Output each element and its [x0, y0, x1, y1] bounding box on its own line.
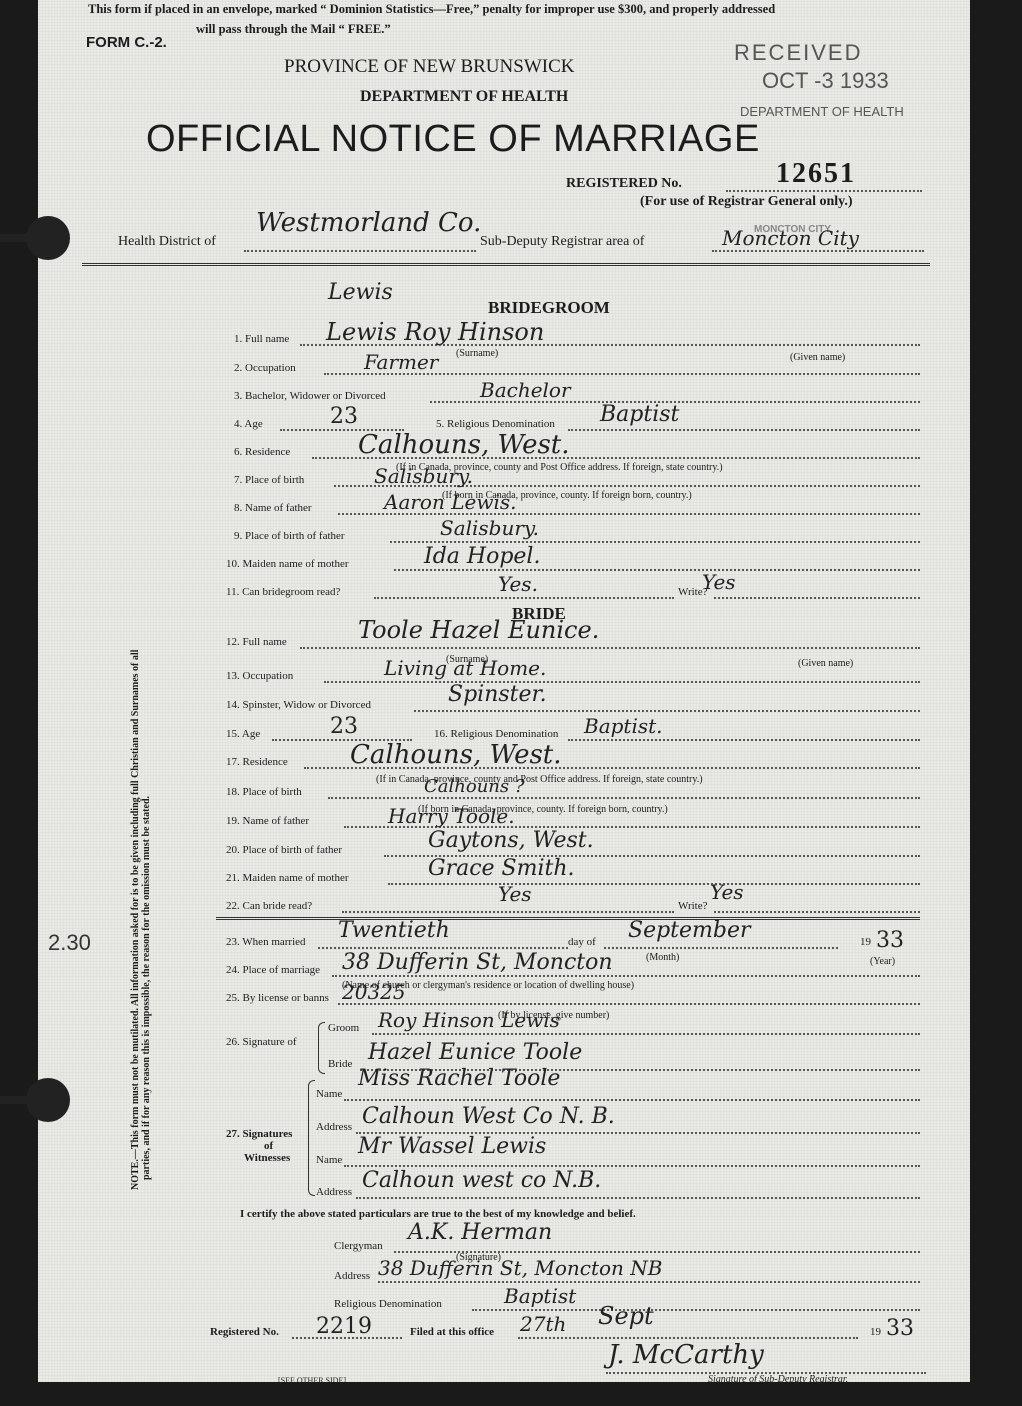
- field-line: [372, 1033, 920, 1035]
- clergyman-denomination: Baptist: [504, 1284, 576, 1308]
- bride-can-write: Yes: [710, 880, 744, 904]
- field-label: 16. Religious Denomination: [434, 728, 558, 740]
- field-line: [414, 710, 920, 712]
- witness-2-address: Calhoun west co N.B.: [362, 1168, 601, 1193]
- registered-label: REGISTERED No.: [566, 176, 682, 192]
- field-label: 2. Occupation: [234, 362, 296, 374]
- section-divider: [82, 263, 930, 266]
- license-number: 20325: [342, 980, 406, 1004]
- field-line: [390, 541, 920, 543]
- filed-day: 27th: [520, 1312, 566, 1336]
- groom-father-birthplace: Salisbury.: [440, 516, 539, 540]
- field-label: 24. Place of marriage: [226, 964, 320, 976]
- bride-residence: Calhouns, West.: [350, 740, 562, 770]
- bride-mother-maiden-name: Grace Smith.: [428, 856, 575, 881]
- clergyman-address-label: Address: [334, 1270, 370, 1282]
- field-label: 19. Name of father: [226, 815, 309, 827]
- registered-line: [726, 190, 922, 192]
- groom-birthplace: Salisbury.: [374, 464, 473, 488]
- field-label: 13. Occupation: [226, 670, 293, 682]
- field-line: [356, 1197, 920, 1199]
- witness-name-label: Name: [316, 1154, 342, 1166]
- witness-address-label: Address: [316, 1186, 352, 1198]
- sub-deputy-label: Signature of Sub-Deputy Registrar.: [708, 1374, 848, 1385]
- field-line: [328, 797, 920, 799]
- groom-full-name: Lewis Roy Hinson: [326, 318, 544, 346]
- section-divider: [216, 917, 920, 920]
- field-label: 1. Full name: [234, 333, 289, 345]
- health-district-line: [244, 250, 476, 252]
- groom-occupation: Farmer: [364, 350, 438, 374]
- bride-can-read: Yes: [498, 882, 532, 906]
- field-label: 4. Age: [234, 418, 263, 430]
- groom-father-name: Aaron Lewis.: [384, 490, 516, 514]
- witnesses-label-2: of: [264, 1140, 273, 1152]
- field-line: [604, 947, 838, 949]
- postal-note: This form if placed in an envelope, mark…: [88, 2, 775, 17]
- see-other-side: [SEE OTHER SIDE]: [278, 1376, 346, 1385]
- field-label: 20. Place of birth of father: [226, 844, 342, 856]
- groom-marital-status: Bachelor: [480, 378, 571, 402]
- witness-address-label: Address: [316, 1121, 352, 1133]
- field-line: [374, 597, 674, 599]
- bride-father-birthplace: Gaytons, West.: [428, 828, 594, 853]
- marriage-year: 33: [876, 928, 904, 953]
- year-prefix: 19: [860, 936, 871, 948]
- field-line: [568, 429, 920, 431]
- sub-deputy-label: Sub-Deputy Registrar area of: [480, 234, 644, 250]
- year-hint: (Year): [870, 956, 895, 967]
- month-hint: (Month): [646, 952, 679, 963]
- filed-label: Filed at this office: [410, 1326, 494, 1338]
- field-label: 22. Can bride read?: [226, 900, 312, 912]
- filed-month: Sept: [598, 1302, 654, 1330]
- field-label: 6. Residence: [234, 446, 290, 458]
- bride-marital-status: Spinster.: [448, 682, 547, 707]
- witness-1-address: Calhoun West Co N. B.: [362, 1104, 615, 1129]
- sub-deputy-line: [712, 250, 924, 252]
- page-title: OFFICIAL NOTICE OF MARRIAGE: [146, 118, 760, 161]
- field-line: [714, 911, 920, 913]
- margin-note: NOTE.—This form must not be mutilated. A…: [130, 470, 152, 1190]
- bride-age: 23: [330, 714, 358, 739]
- field-label: 5. Religious Denomination: [436, 418, 555, 430]
- field-label: Write?: [678, 900, 707, 912]
- bride-birthplace: Calhouns ?: [424, 776, 525, 797]
- field-line: [472, 1309, 920, 1311]
- marriage-notice-document: This form if placed in an envelope, mark…: [38, 0, 970, 1382]
- registered-no-label: Registered No.: [210, 1326, 279, 1338]
- binder-hole-top: [26, 216, 70, 260]
- field-line: [324, 681, 920, 683]
- groom-can-write: Yes: [702, 570, 736, 594]
- witness-name-label: Name: [316, 1088, 342, 1100]
- registered-number: 12651: [776, 158, 856, 190]
- groom-religion: Baptist: [600, 402, 679, 427]
- field-line: [318, 947, 568, 949]
- province-heading: PROVINCE OF NEW BRUNSWICK: [284, 56, 574, 78]
- year-prefix: 19: [870, 1326, 881, 1338]
- field-label: 17. Residence: [226, 756, 288, 768]
- form-code: FORM C.-2.: [86, 34, 167, 51]
- surname-annotation: Lewis: [328, 280, 393, 305]
- bracket: [308, 1080, 315, 1196]
- field-line: [388, 883, 920, 885]
- health-district-label: Health District of: [118, 234, 216, 250]
- field-label: 21. Maiden name of mother: [226, 872, 349, 884]
- day-of-label: day of: [568, 936, 596, 948]
- postal-note-2: will pass through the Mail “ FREE.”: [196, 22, 391, 37]
- marriage-day: Twentieth: [338, 918, 450, 943]
- field-label: 25. By license or banns: [226, 992, 329, 1004]
- witnesses-label: 27. Signatures: [226, 1128, 292, 1140]
- field-label: 23. When married: [226, 936, 306, 948]
- witness-2-name: Mr Wassel Lewis: [358, 1134, 546, 1159]
- field-line: [338, 1003, 920, 1005]
- field-line: [714, 597, 920, 599]
- department-heading: DEPARTMENT OF HEALTH: [360, 88, 568, 106]
- field-label: 18. Place of birth: [226, 786, 302, 798]
- groom-can-read: Yes.: [498, 572, 538, 596]
- marriage-place: 38 Dufferin St, Moncton: [342, 950, 613, 975]
- bride-full-name: Toole Hazel Eunice.: [358, 616, 599, 644]
- field-label: 14. Spinster, Widow or Divorced: [226, 699, 371, 711]
- registrar-note: (For use of Registrar General only.): [640, 194, 853, 210]
- binder-hole-bottom: [26, 1078, 70, 1122]
- field-label: 9. Place of birth of father: [234, 530, 345, 542]
- field-line: [378, 1281, 920, 1283]
- clergyman-address: 38 Dufferin St, Moncton NB: [378, 1256, 663, 1280]
- groom-signature-label: Groom: [328, 1022, 359, 1034]
- pencil-note: 2.30: [48, 930, 91, 956]
- groom-mother-maiden-name: Ida Hopel.: [424, 544, 540, 569]
- sub-deputy-signature: J. McCarthy: [608, 1340, 764, 1370]
- witnesses-label-3: Witnesses: [244, 1152, 290, 1164]
- field-label: 15. Age: [226, 728, 260, 740]
- field-line: [394, 569, 920, 571]
- field-line: [342, 911, 674, 913]
- denomination-label: Religious Denomination: [334, 1298, 442, 1310]
- groom-signature: Roy Hinson Lewis: [378, 1008, 560, 1032]
- certification-statement: I certify the above stated particulars a…: [240, 1208, 636, 1220]
- field-label: 26. Signature of: [226, 1036, 297, 1048]
- witness-1-name: Miss Rachel Toole: [358, 1066, 560, 1091]
- stamp-department: DEPARTMENT OF HEALTH: [740, 104, 904, 119]
- field-line: [518, 1337, 858, 1339]
- bride-father-name: Harry Toole.: [388, 804, 515, 828]
- groom-age: 23: [330, 404, 358, 429]
- received-date: OCT -3 1933: [762, 68, 889, 94]
- bracket: [318, 1022, 325, 1074]
- received-stamp: RECEIVED: [734, 40, 862, 66]
- clergyman-signature: A.K. Herman: [408, 1220, 552, 1245]
- field-label: 3. Bachelor, Widower or Divorced: [234, 390, 386, 402]
- marriage-month: September: [628, 918, 751, 943]
- bride-signature: Hazel Eunice Toole: [368, 1040, 582, 1065]
- given-name-hint: (Given name): [798, 658, 853, 669]
- field-label: 10. Maiden name of mother: [226, 558, 349, 570]
- given-name-hint: (Given name): [790, 352, 845, 363]
- field-line: [568, 739, 920, 741]
- field-line: [344, 1099, 920, 1101]
- field-line: [300, 647, 920, 649]
- bride-signature-label: Bride: [328, 1058, 352, 1070]
- field-label: 7. Place of birth: [234, 474, 304, 486]
- field-line: [332, 975, 920, 977]
- filed-year: 33: [886, 1316, 914, 1341]
- health-district-value: Westmorland Co.: [256, 208, 481, 238]
- clergyman-label: Clergyman: [334, 1240, 383, 1252]
- sub-deputy-value: Moncton City: [722, 226, 859, 250]
- local-registered-number: 2219: [316, 1314, 372, 1339]
- bridegroom-heading: BRIDEGROOM: [488, 298, 610, 318]
- surname-hint: (Surname): [456, 348, 498, 359]
- field-label: 8. Name of father: [234, 502, 312, 514]
- bride-occupation: Living at Home.: [384, 656, 546, 680]
- field-label: 12. Full name: [226, 636, 287, 648]
- groom-residence: Calhouns, West.: [358, 430, 570, 460]
- margin-note-line2: parties, and if for any reason this is i…: [141, 470, 152, 1190]
- bride-religion: Baptist.: [584, 714, 663, 738]
- field-line: [344, 1165, 920, 1167]
- field-label: 11. Can bridegroom read?: [226, 586, 340, 598]
- margin-note-line1: NOTE.—This form must not be mutilated. A…: [130, 470, 141, 1190]
